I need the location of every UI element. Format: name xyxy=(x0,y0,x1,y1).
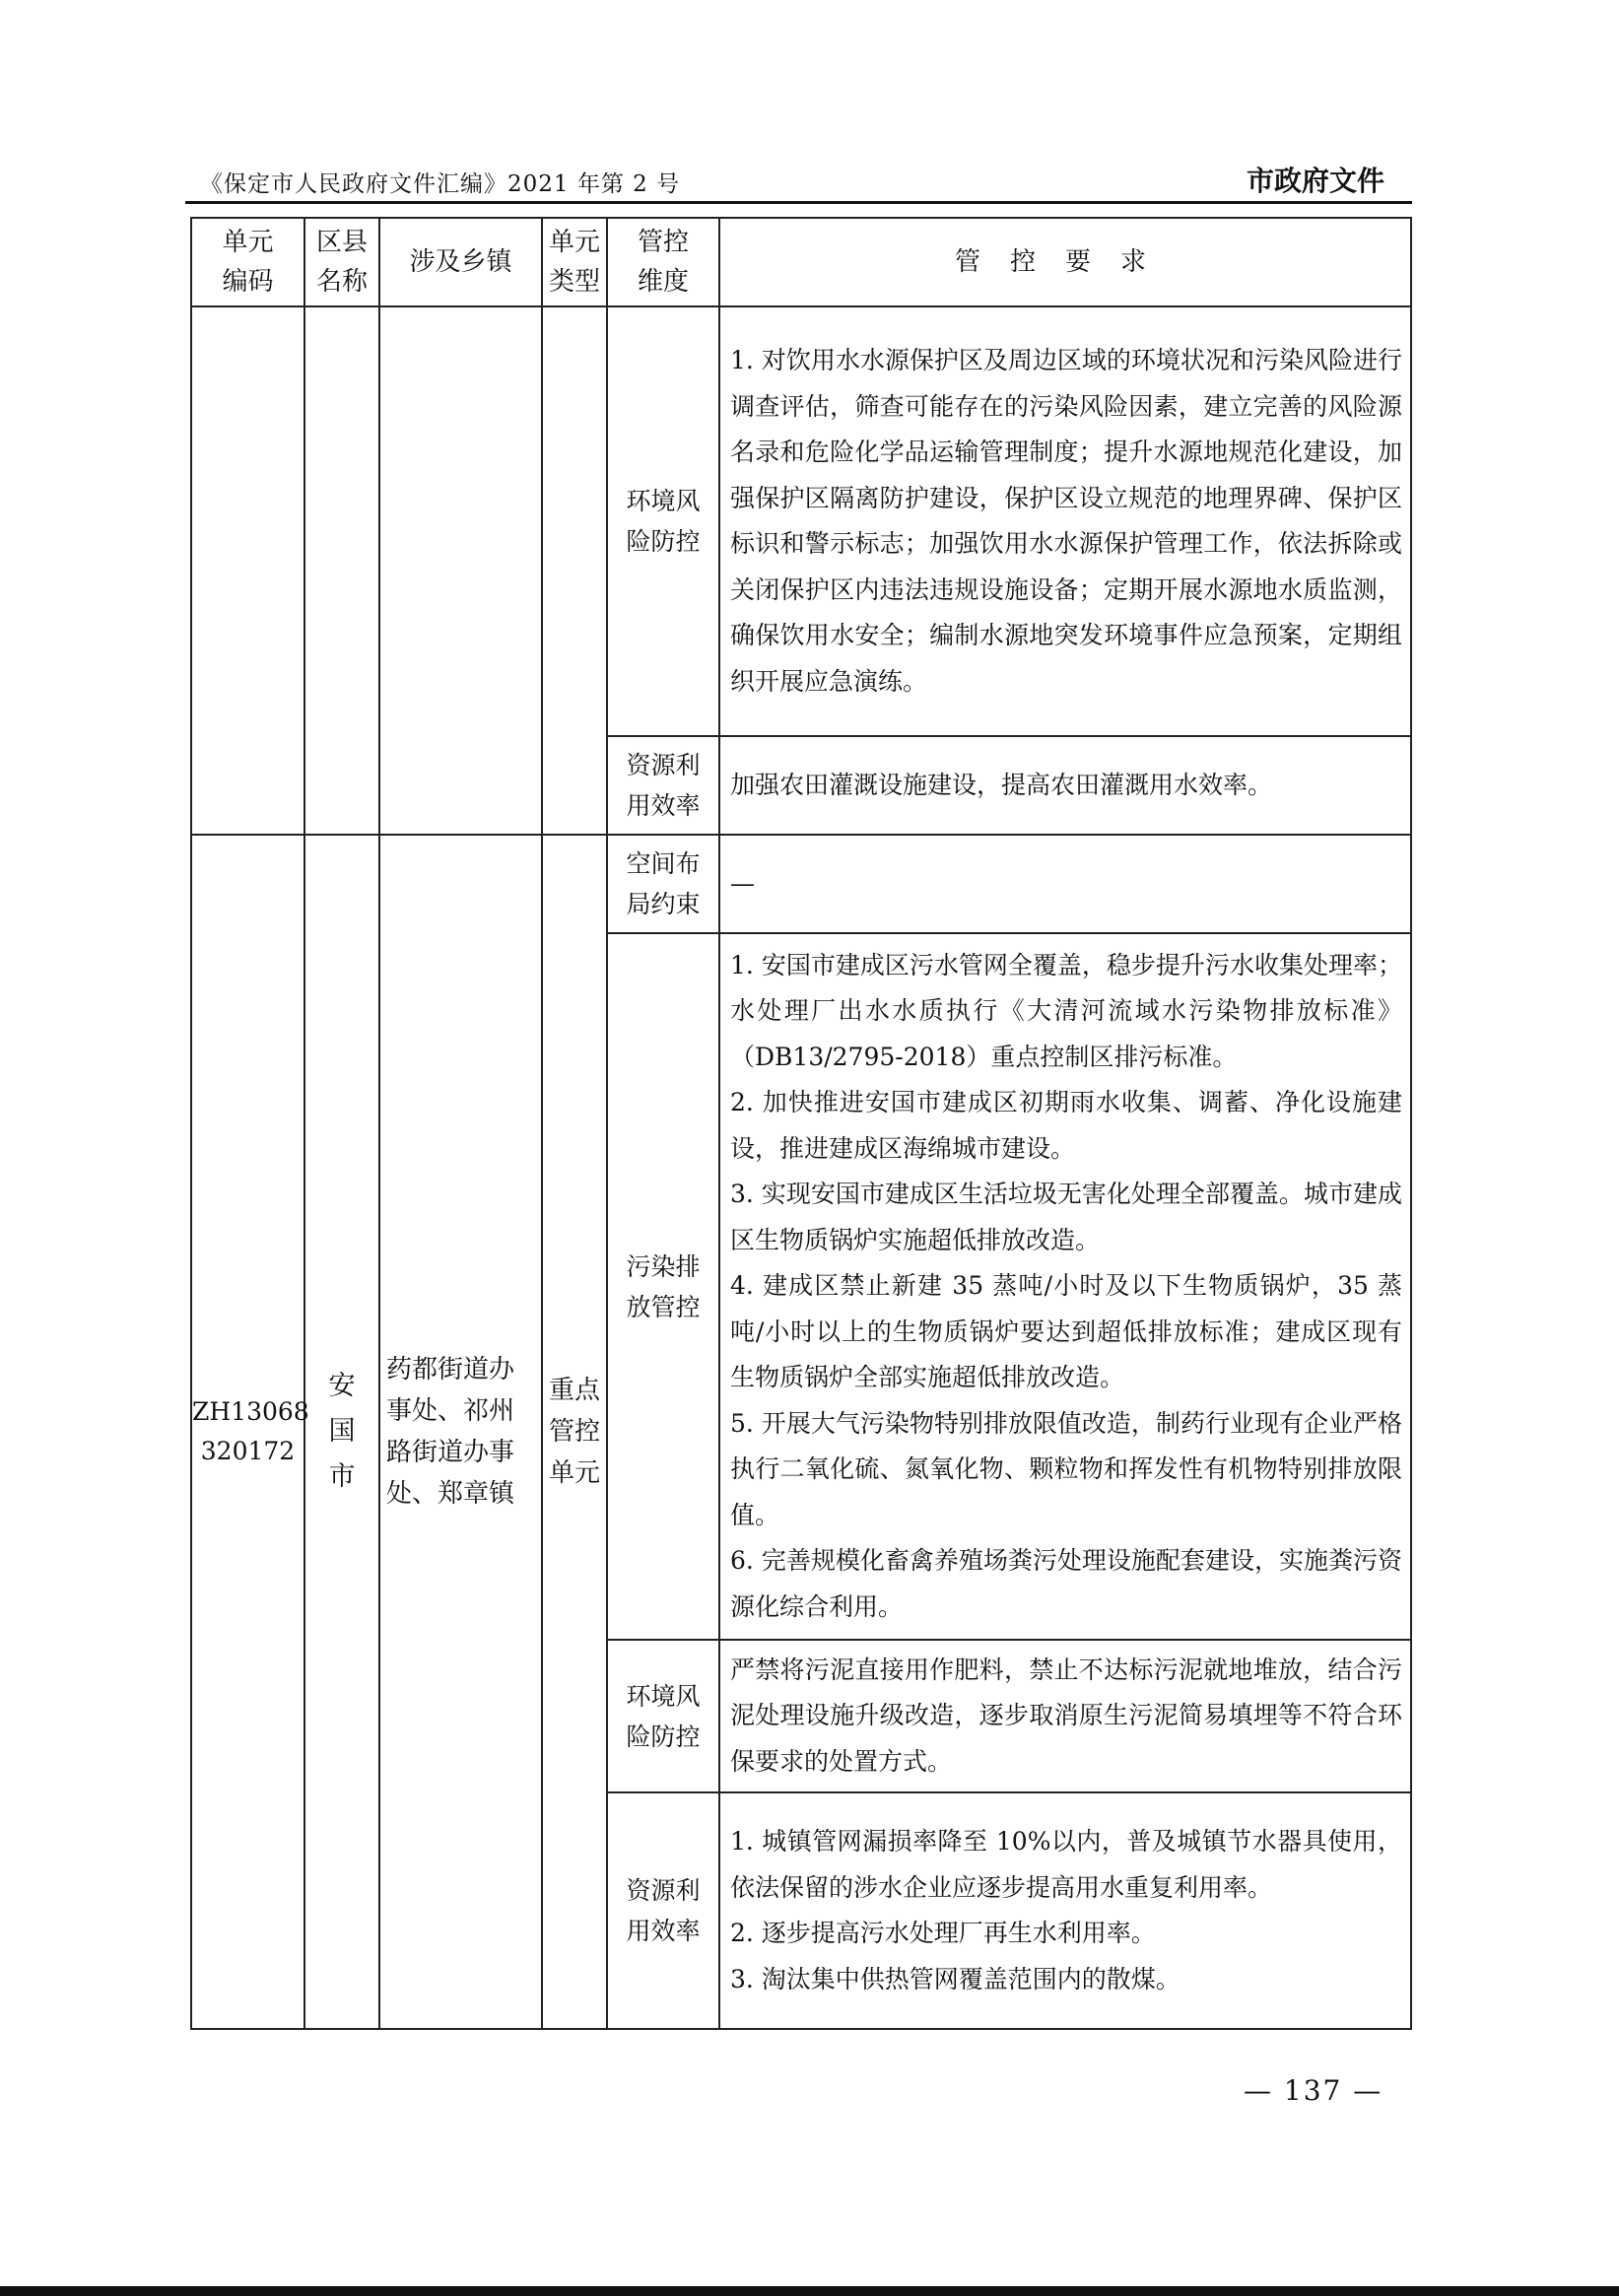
dimension-cell: 环境风险防控 xyxy=(607,1640,719,1792)
header-unit-type: 单元类型 xyxy=(542,218,607,306)
header-towns: 涉及乡镇 xyxy=(379,218,542,306)
requirement-item: 5. 开展大气污染物特别排放限值改造，制药行业现有企业严格执行二氧化硫、氮氧化物… xyxy=(730,1401,1402,1539)
header-requirements: 管控要求 xyxy=(719,218,1411,306)
header-divider xyxy=(185,201,1412,204)
table-header-row: 单元编码 区县名称 涉及乡镇 单元类型 管控维度 管控要求 xyxy=(191,218,1411,306)
dimension-cell: 环境风险防控 xyxy=(607,306,719,736)
requirement-item: 1. 安国市建成区污水管网全覆盖，稳步提升污水收集处理率；水处理厂出水水质执行《… xyxy=(730,943,1402,1081)
requirement-item: 严禁将污泥直接用作肥料，禁止不达标污泥就地堆放，结合污泥处理设施升级改造，逐步取… xyxy=(730,1648,1402,1786)
requirement-item: — xyxy=(730,861,1402,908)
unit-type-cell: 重点管控单元 xyxy=(542,835,607,2029)
page-number: — 137 — xyxy=(1244,2074,1383,2107)
scan-border xyxy=(0,2286,1619,2296)
requirement-item: 3. 实现安国市建成区生活垃圾无害化处理全部覆盖。城市建成区生物质锅炉实施超低排… xyxy=(730,1172,1402,1263)
towns-cell: 药都街道办事处、祁州路街道办事处、郑章镇 xyxy=(379,835,542,2029)
requirements-cell: 1. 对饮用水水源保护区及周边区域的环境状况和污染风险进行调查评估，筛查可能存在… xyxy=(719,306,1411,736)
dimension-cell: 资源利用效率 xyxy=(607,1792,719,2029)
unit-code-cell: ZH13068 320172 xyxy=(191,835,304,2029)
header-county: 区县名称 xyxy=(304,218,379,306)
control-requirements-table: 单元编码 区县名称 涉及乡镇 单元类型 管控维度 管控要求 环境风险防控 1. … xyxy=(190,217,1412,2030)
requirement-item: 加强农田灌溉设施建设，提高农田灌溉用水效率。 xyxy=(730,763,1402,809)
county-cell: 安国市 xyxy=(304,835,379,2029)
requirements-cell: — xyxy=(719,835,1411,933)
unit-code-cell xyxy=(191,306,304,835)
towns-cell xyxy=(379,306,542,835)
header-dimension: 管控维度 xyxy=(607,218,719,306)
section-title: 市政府文件 xyxy=(1247,160,1384,199)
table-row: ZH13068 320172 安国市 药都街道办事处、祁州路街道办事处、郑章镇 … xyxy=(191,835,1411,933)
county-cell xyxy=(304,306,379,835)
requirements-cell: 1. 城镇管网漏损率降至 10%以内，普及城镇节水器具使用，依法保留的涉水企业应… xyxy=(719,1792,1411,2029)
unit-type-cell xyxy=(542,306,607,835)
dimension-cell: 资源利用效率 xyxy=(607,736,719,835)
publication-title: 《保定市人民政府文件汇编》2021 年第 2 号 xyxy=(200,166,680,198)
requirements-cell: 加强农田灌溉设施建设，提高农田灌溉用水效率。 xyxy=(719,736,1411,835)
requirement-item: 3. 淘汰集中供热管网覆盖范围内的散煤。 xyxy=(730,1957,1402,2003)
requirement-item: 1. 城镇管网漏损率降至 10%以内，普及城镇节水器具使用，依法保留的涉水企业应… xyxy=(730,1819,1402,1911)
requirement-item: 4. 建成区禁止新建 35 蒸吨/小时及以下生物质锅炉，35 蒸吨/小时以上的生… xyxy=(730,1263,1402,1401)
dimension-cell: 空间布局约束 xyxy=(607,835,719,933)
requirement-item: 6. 完善规模化畜禽养殖场粪污处理设施配套建设，实施粪污资源化综合利用。 xyxy=(730,1538,1402,1630)
table-row: 环境风险防控 1. 对饮用水水源保护区及周边区域的环境状况和污染风险进行调查评估… xyxy=(191,306,1411,736)
requirement-item: 2. 逐步提高污水处理厂再生水利用率。 xyxy=(730,1911,1402,1957)
dimension-cell: 污染排放管控 xyxy=(607,933,719,1640)
requirement-item: 2. 加快推进安国市建成区初期雨水收集、调蓄、净化设施建设，推进建成区海绵城市建… xyxy=(730,1080,1402,1172)
requirements-cell: 严禁将污泥直接用作肥料，禁止不达标污泥就地堆放，结合污泥处理设施升级改造，逐步取… xyxy=(719,1640,1411,1792)
requirements-cell: 1. 安国市建成区污水管网全覆盖，稳步提升污水收集处理率；水处理厂出水水质执行《… xyxy=(719,933,1411,1640)
header-unit-code: 单元编码 xyxy=(191,218,304,306)
requirement-item: 1. 对饮用水水源保护区及周边区域的环境状况和污染风险进行调查评估，筛查可能存在… xyxy=(730,338,1402,705)
